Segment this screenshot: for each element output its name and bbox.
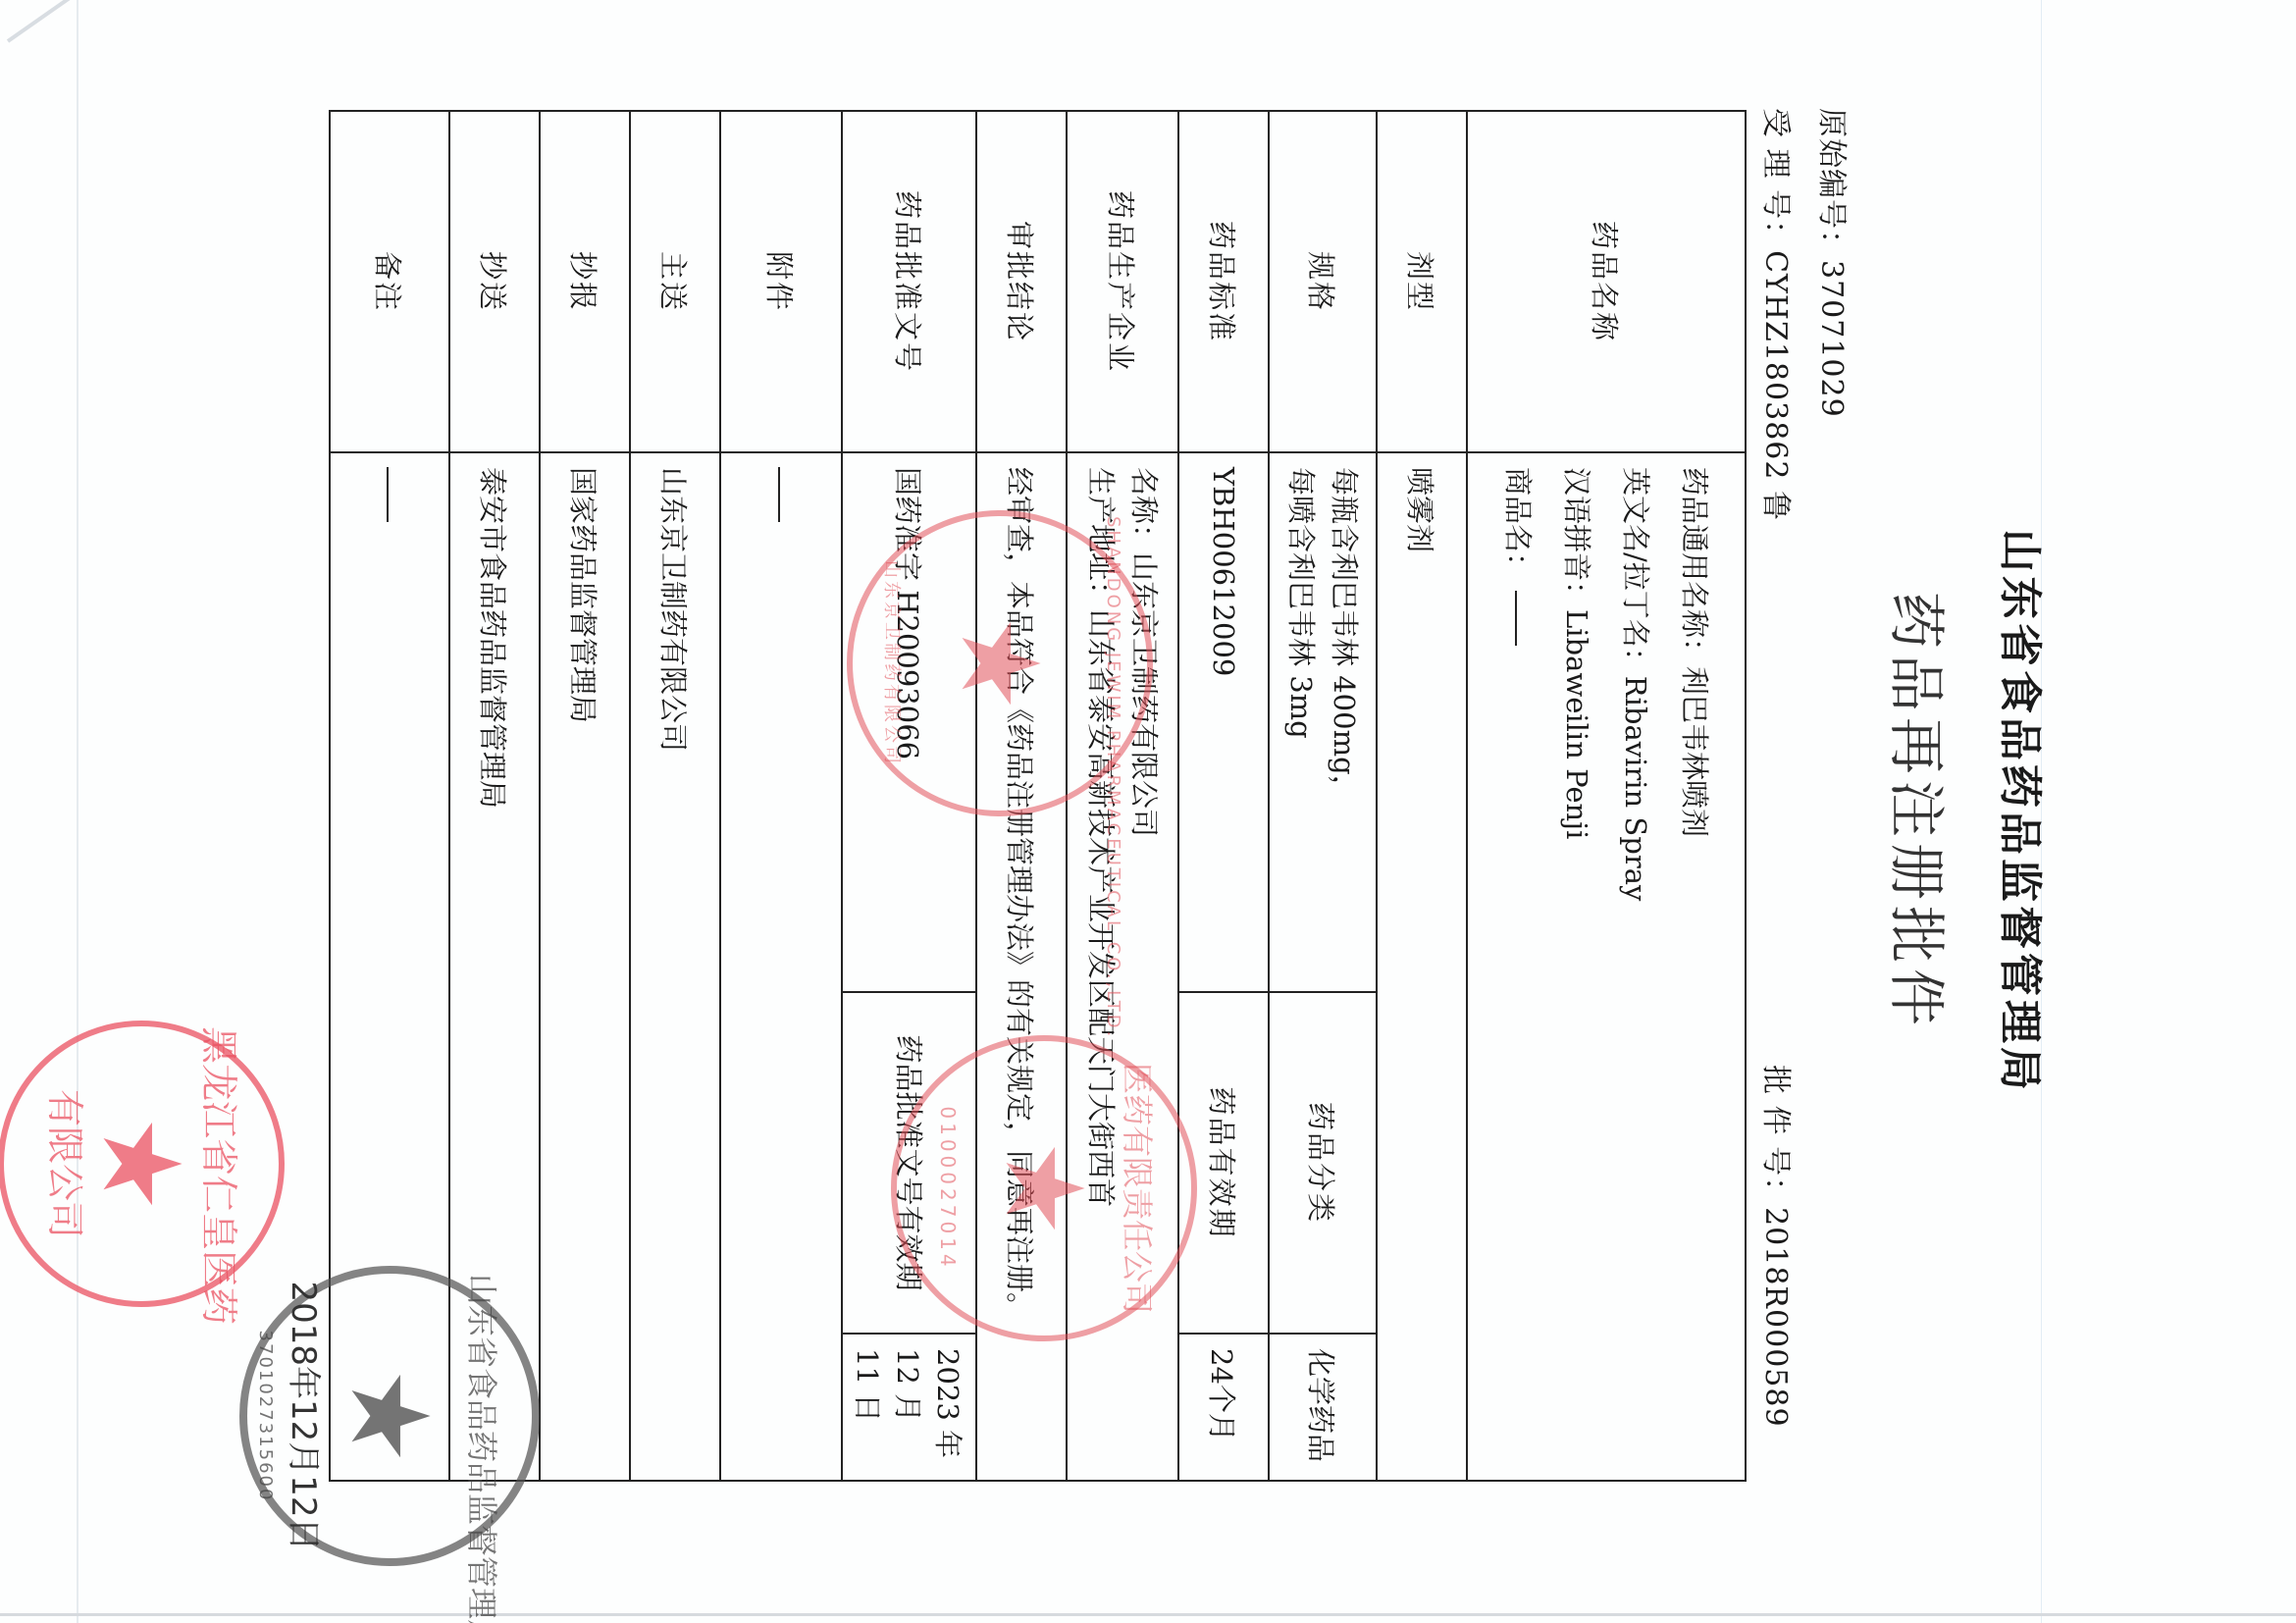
manufacturer-label: 药品生产企业 [1067,111,1178,452]
seal-bottom-text: 3701027315600 [255,1274,276,1558]
empty-dash [778,467,780,522]
empty-dash [387,467,389,522]
star-icon: ★ [336,1368,444,1465]
drug-name-label: 药品名称 [1467,111,1746,452]
dosage-form-label: 剂型 [1377,111,1467,452]
english-name-label: 英文名/拉丁名： [1619,467,1652,676]
generic-name: 药品通用名称：利巴韦林喷剂 [1665,467,1724,1466]
specification-line: 每瓶含利巴韦林 400mg， [1323,467,1366,977]
table-row-standard: 药品标准 YBH00612009 药品有效期 24个月 [1178,111,1269,1481]
original-number-value: 37071029 [1814,260,1849,418]
distributor-seal: 医药有限责任公司 ★ 0100027014 [891,1035,1197,1341]
main-recipient-label: 主送 [630,111,720,452]
specification-label: 规格 [1269,111,1377,452]
pinyin-value: Libaweilin Penji [1560,609,1593,839]
approval-document-sheet: 山东省食品药品监督管理局 药品再注册批件 原始编号：37071029 受 理 号… [0,0,2296,1623]
trade-name: 商品名： [1488,467,1547,1466]
report-to-label: 抄报 [540,111,630,452]
seal-top-text: 黑龙江省仁皇医药 [195,1026,249,1301]
trade-name-label: 商品名： [1501,467,1535,581]
seal-top-text: SHANDONG JEWIM PHARMACEUTICAL CO.,LTD. [1103,516,1123,811]
agency-seal: 山东省食品药品监督管理局 ★ 2018年12月12日 3701027315600 [239,1266,540,1566]
acceptance-number-label: 受 理 号： [1758,108,1793,250]
table-row-specification: 规格 每瓶含利巴韦林 400mg， 每喷含利巴韦林 3mg 药品分类 化学药品 [1269,111,1377,1481]
main-recipient-value: 山东京卫制药有限公司 [630,452,720,1481]
approval-document-number-value: 2018R000589 [1758,1207,1793,1427]
original-number: 原始编号：37071029 [1813,108,1856,418]
approval-validity-value: 2023 年 12 月 11 日 [842,1334,976,1481]
remarks-label: 备注 [330,111,449,452]
drug-category-label: 药品分类 [1269,992,1377,1334]
star-icon: ★ [990,1140,1098,1237]
empty-dash [1515,591,1517,646]
dosage-form-value: 喷雾剂 [1377,452,1467,1481]
shelf-life-value: 24个月 [1178,1334,1269,1481]
seal-date-text: 2018年12月12日 [283,1274,331,1558]
english-name-value: Ribavirin Spray [1619,676,1652,902]
drug-category-value: 化学药品 [1269,1334,1377,1481]
generic-name-value: 利巴韦林喷剂 [1678,666,1711,837]
pinyin-label: 汉语拼音： [1560,467,1593,609]
approval-number-label: 药品批准文号 [842,111,976,452]
conclusion-label: 审批结论 [976,111,1067,452]
generic-name-label: 药品通用名称： [1678,467,1711,666]
table-row-report-to: 抄报 国家药品监督管理局 [540,111,630,1481]
attachments-value [720,452,842,1481]
seal-bottom-text: 山东京卫制药有限公司 [880,516,906,811]
manufacturer-seal: SHANDONG JEWIM PHARMACEUTICAL CO.,LTD. ★… [847,510,1153,816]
approval-document-number-label: 批 件 号： [1758,1065,1793,1207]
seal-bottom-text: 有限公司 [41,1026,95,1301]
approval-document-number: 批 件 号：2018R000589 [1757,1065,1800,1428]
table-row-attachments: 附件 [720,111,842,1481]
original-number-label: 原始编号： [1814,108,1849,260]
acceptance-number-value: CYHZ1803862 鲁 [1758,250,1793,521]
seal-top-text: 医药有限责任公司 [1117,1041,1162,1335]
star-icon: ★ [87,1116,195,1213]
seal-bottom-text: 0100027014 [936,1041,960,1335]
seal-top-text: 山东省食品药品监督管理局 [461,1274,506,1558]
table-row-dosage-form: 剂型 喷雾剂 [1377,111,1467,1481]
attachments-label: 附件 [720,111,842,452]
acceptance-number: 受 理 号：CYHZ1803862 鲁 [1757,108,1800,521]
drug-standard-label: 药品标准 [1178,111,1269,452]
pinyin-name: 汉语拼音：Libaweilin Penji [1547,467,1606,1466]
report-to-value: 国家药品监督管理局 [540,452,630,1481]
specification-line: 每喷含利巴韦林 3mg [1279,467,1323,977]
copy-to-label: 抄送 [449,111,540,452]
table-row-main-recipient: 主送 山东京卫制药有限公司 [630,111,720,1481]
hospital-seal: 黑龙江省仁皇医药 ★ 有限公司 [0,1021,285,1307]
document-title: 药品再注册批件 [1880,0,1962,1623]
star-icon: ★ [946,615,1054,712]
manufacturer-name-label: 名称： [1127,467,1161,552]
drug-name-cell: 药品通用名称：利巴韦林喷剂 英文名/拉丁名：Ribavirin Spray 汉语… [1467,452,1746,1481]
issuing-agency: 山东省食品药品监督管理局 [1993,0,2056,1623]
table-row-drug-name: 药品名称 药品通用名称：利巴韦林喷剂 英文名/拉丁名：Ribavirin Spr… [1467,111,1746,1481]
specification-value: 每瓶含利巴韦林 400mg， 每喷含利巴韦林 3mg [1269,452,1377,992]
english-name: 英文名/拉丁名：Ribavirin Spray [1606,467,1665,1466]
drug-standard-value: YBH00612009 [1178,452,1269,992]
